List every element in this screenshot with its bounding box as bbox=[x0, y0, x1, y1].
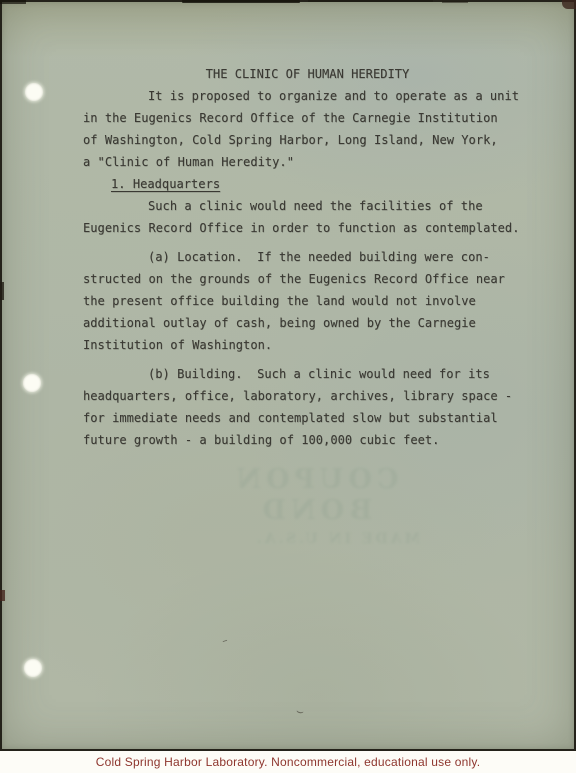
text-line: Such a clinic would need the facilities … bbox=[83, 195, 532, 217]
text-line: additional outlay of cash, being owned b… bbox=[83, 312, 532, 334]
section-heading: 1. Headquarters bbox=[83, 173, 532, 195]
scan-edge-artifact bbox=[562, 0, 576, 9]
archive-caption: Cold Spring Harbor Laboratory. Noncommer… bbox=[96, 755, 480, 769]
punch-hole bbox=[23, 374, 41, 392]
scan-edge-artifact bbox=[0, 282, 4, 300]
punch-hole bbox=[25, 83, 43, 101]
paragraph: (a) Location. If the needed building wer… bbox=[83, 246, 532, 356]
punch-hole bbox=[24, 659, 42, 677]
document-scan: COUPON BOND MADE IN U.S.A. THE CLINIC OF… bbox=[0, 0, 576, 773]
watermark-line: MADE IN U.S.A. bbox=[192, 531, 482, 547]
text-line: of Washington, Cold Spring Harbor, Long … bbox=[83, 129, 532, 151]
paragraph: It is proposed to organize and to operat… bbox=[83, 85, 532, 173]
watermark-line: COUPON BOND bbox=[170, 464, 460, 526]
scan-edge-artifact bbox=[0, 0, 26, 4]
text-line: (a) Location. If the needed building wer… bbox=[83, 246, 532, 268]
scan-edge-artifact bbox=[182, 0, 300, 3]
document-title: THE CLINIC OF HUMAN HEREDITY bbox=[83, 63, 532, 85]
text-line: the present office building the land wou… bbox=[83, 290, 532, 312]
text-line: It is proposed to organize and to operat… bbox=[83, 85, 532, 107]
scan-edge-artifact bbox=[308, 0, 433, 2]
scan-edge-artifact bbox=[0, 590, 5, 601]
text-line: for immediate needs and contemplated slo… bbox=[83, 407, 532, 429]
text-line: in the Eugenics Record Office of the Car… bbox=[83, 107, 532, 129]
text-line: (b) Building. Such a clinic would need f… bbox=[83, 363, 532, 385]
text-line: headquarters, office, laboratory, archiv… bbox=[83, 385, 532, 407]
scan-edge-artifact bbox=[442, 1, 468, 3]
text-line: structed on the grounds of the Eugenics … bbox=[83, 268, 532, 290]
paragraph: Such a clinic would need the facilities … bbox=[83, 195, 532, 239]
text-line: future growth - a building of 100,000 cu… bbox=[83, 429, 532, 451]
paper-watermark: COUPON BOND MADE IN U.S.A. bbox=[170, 464, 460, 547]
text-line: a "Clinic of Human Heredity." bbox=[83, 151, 532, 173]
paragraph: (b) Building. Such a clinic would need f… bbox=[83, 363, 532, 451]
scanned-page: COUPON BOND MADE IN U.S.A. THE CLINIC OF… bbox=[0, 0, 576, 751]
text-line: Institution of Washington. bbox=[83, 334, 532, 356]
archive-caption-bar: Cold Spring Harbor Laboratory. Noncommer… bbox=[0, 751, 576, 773]
typed-text: THE CLINIC OF HUMAN HEREDITYIt is propos… bbox=[83, 63, 532, 451]
text-line: Eugenics Record Office in order to funct… bbox=[83, 217, 532, 239]
